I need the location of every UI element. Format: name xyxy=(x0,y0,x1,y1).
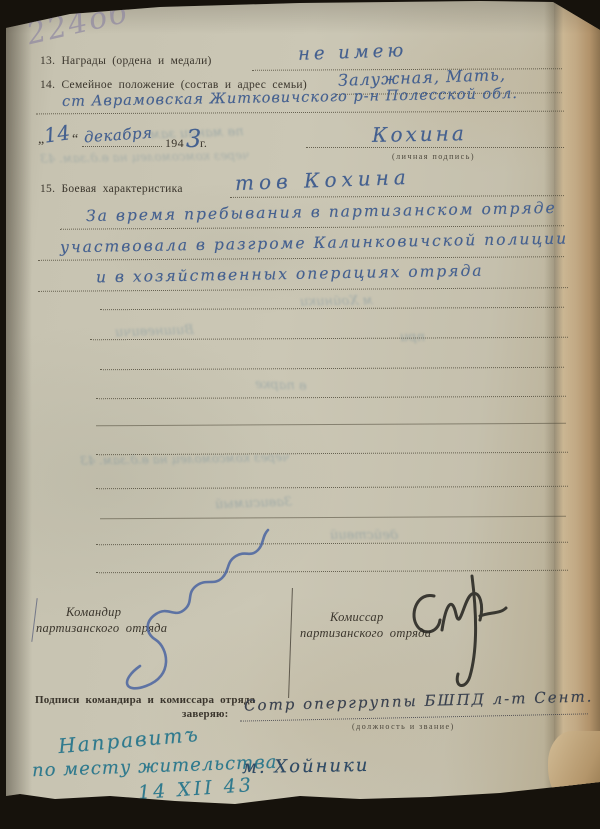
characteristic-line-1: За время пребывания в партизанском отряд… xyxy=(86,199,557,225)
bleedthrough-mark: пв мании зам xyxy=(150,124,244,142)
date-month-line xyxy=(82,146,162,147)
date-month: декабря xyxy=(83,124,153,147)
certify-caption: (должность и звание) xyxy=(352,722,455,731)
bleedthrough-mark: м Хойники xyxy=(300,293,374,309)
scanned-document: 224об 13. Награды (ордена и медали) не и… xyxy=(0,0,600,829)
field-15-label: 15. Боевая характеристика xyxy=(40,183,183,195)
bleedthrough-mark: Зависимый xyxy=(215,495,293,513)
paper-sheet: 224об 13. Награды (ордена и медали) не и… xyxy=(0,0,600,829)
column-divider xyxy=(288,588,293,698)
bleedthrough-mark: Вишневичи xyxy=(115,323,194,341)
ruled-line xyxy=(96,423,566,426)
personal-signature-caption: (личная подпись) xyxy=(392,152,475,161)
field-15-line xyxy=(230,195,564,198)
commissar-signature xyxy=(408,568,508,698)
field-13-value: не имею xyxy=(298,40,408,65)
resolution-line2b: м. Хойники xyxy=(242,755,370,778)
commissar-title-line1: Комиссар xyxy=(330,610,384,625)
ruled-line xyxy=(100,367,564,370)
binding-shadow xyxy=(6,0,32,810)
resolution-line1: Направитъ xyxy=(57,722,200,758)
field-14-line2 xyxy=(36,111,564,115)
personal-signature: Кохина xyxy=(372,121,467,147)
field-13-label: 13. Награды (ордена и медали) xyxy=(40,55,212,67)
ruled-line xyxy=(38,287,568,292)
bleedthrough-mark: через комсомолец на в.д.зам. 43 xyxy=(40,148,250,166)
bleedthrough-mark: через комсомолец на в.д.зам. 43 xyxy=(80,450,290,468)
ruled-line xyxy=(96,396,566,399)
resolution-date: 14 XII 43 xyxy=(137,774,254,804)
fold-crease-shadow xyxy=(544,0,554,800)
bleedthrough-mark: в парке xyxy=(255,377,307,394)
ruled-line xyxy=(96,486,568,489)
ruled-line xyxy=(38,256,564,261)
field-14-label: 14. Семейное положение (состав и адрес с… xyxy=(40,79,307,91)
page-fold-right-edge xyxy=(554,0,600,800)
date-quote-close: “ xyxy=(72,132,79,148)
archive-page-number: 224об xyxy=(23,0,132,52)
ruled-line xyxy=(100,516,566,519)
bleedthrough-mark: при xyxy=(400,330,425,345)
personal-signature-line xyxy=(306,147,564,148)
commander-signature xyxy=(112,538,282,678)
characteristic-line-2: участвовала в разгроме Калинковичской по… xyxy=(60,230,568,257)
field-15-value: тов Кохина xyxy=(235,165,412,195)
page-curl-bottom-right xyxy=(548,731,600,811)
bleedthrough-mark: действий xyxy=(330,528,398,543)
characteristic-line-3: и в хозяйственных операциях отряда xyxy=(96,262,484,287)
certify-label-line1: Подписи командира и комиссара отряда xyxy=(35,694,255,706)
certify-label-line2: заверяю: xyxy=(182,708,228,720)
ruled-line xyxy=(60,225,564,230)
date-day: 14 xyxy=(42,120,72,147)
certify-value: Сотр опергруппы БШПД л-т Сент. xyxy=(244,687,594,714)
certify-line xyxy=(240,713,588,721)
